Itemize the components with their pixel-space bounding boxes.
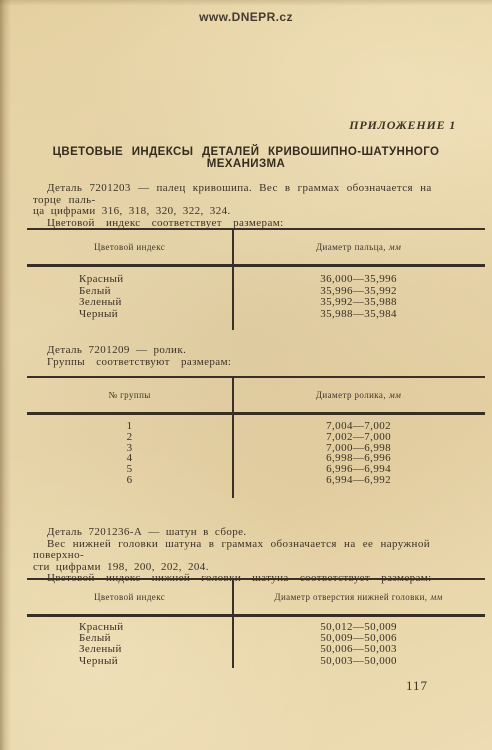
paragraph-line: Деталь 7201236-А — шатун в сборе. [33,527,465,539]
table-row: Черный 50,003—50,000 [27,656,485,667]
column-header-diameter: Диаметр ролика,мм [232,390,485,400]
column-header-unit: мм [389,242,401,252]
crank-pin-color-table: Цветовой индекс Диаметр пальца,мм Красны… [27,228,485,330]
color-name-cell: Красный [27,274,232,286]
table-column-divider [232,378,234,498]
table-body: Красный 36,000—35,996 Белый 35,996—35,99… [27,267,485,320]
paragraph-line: Деталь 7201203 — палец кривошипа. Вес в … [33,183,465,206]
column-header-color-index: Цветовой индекс [27,592,232,602]
paragraph-line: Деталь 7201209 — ролик. [33,345,465,357]
size-range-cell: 36,000—35,996 [232,274,485,286]
table-body: Красный 50,012—50,009 Белый 50,009—50,00… [27,617,485,667]
column-header-diameter: Диаметр отверстия нижней головки,мм [232,592,485,602]
group-number-cell: 6 [27,475,232,486]
table-column-divider [232,580,234,668]
table-row: Зеленый 50,006—50,003 [27,644,485,655]
table-row: 1 7,004—7,002 [27,421,485,432]
table-row: Черный 35,988—35,984 [27,309,485,321]
color-name-cell: Черный [27,309,232,321]
color-name-cell: Белый [27,286,232,298]
table-row: 3 7,000—6,998 [27,443,485,454]
column-header-unit: мм [389,390,401,400]
color-name-cell: Красный [27,622,232,633]
table-row: 5 6,996—6,994 [27,464,485,475]
scanned-manual-page: www.DNEPR.cz ПРИЛОЖЕНИЕ 1 ЦВЕТОВЫЕ ИНДЕК… [0,0,492,750]
table-header-row: Цветовой индекс Диаметр пальца,мм [27,230,485,267]
table-row: 6 6,994—6,992 [27,475,485,486]
page-title: ЦВЕТОВЫЕ ИНДЕКСЫ ДЕТАЛЕЙ КРИВОШИПНО-ШАТУ… [18,146,474,170]
color-name-cell: Черный [27,656,232,667]
column-header-label: Диаметр ролика, [316,390,386,400]
size-range-cell: 35,992—35,988 [232,297,485,309]
section-connecting-rod-paragraph: Деталь 7201236-А — шатун в сборе. Вес ни… [33,527,465,585]
page-top-shadow [0,0,492,6]
size-range-cell: 7,002—7,000 [232,432,485,443]
column-header-label: Диаметр пальца, [316,242,386,252]
rod-head-color-table: Цветовой индекс Диаметр отверстия нижней… [27,578,485,668]
column-header-diameter: Диаметр пальца,мм [232,242,485,252]
column-header-label: Диаметр отверстия нижней головки, [274,592,427,602]
color-name-cell: Зеленый [27,644,232,655]
table-body: 1 7,004—7,002 2 7,002—7,000 3 7,000—6,99… [27,415,485,486]
table-column-divider [232,230,234,330]
color-name-cell: Белый [27,633,232,644]
table-header-row: Цветовой индекс Диаметр отверстия нижней… [27,580,485,617]
size-range-cell: 35,988—35,984 [232,309,485,321]
watermark-text: www.DNEPR.cz [0,10,492,24]
table-row: 4 6,998—6,996 [27,453,485,464]
page-edge-shadow [0,0,11,750]
table-row: 2 7,002—7,000 [27,432,485,443]
page-number: 117 [406,678,428,694]
roller-group-table: № группы Диаметр ролика,мм 1 7,004—7,002… [27,376,485,498]
size-range-cell: 50,006—50,003 [232,644,485,655]
table-row: Красный 36,000—35,996 [27,274,485,286]
table-row: Зеленый 35,992—35,988 [27,297,485,309]
size-range-cell: 6,994—6,992 [232,475,485,486]
table-header-row: № группы Диаметр ролика,мм [27,378,485,415]
size-range-cell: 50,003—50,000 [232,656,485,667]
group-number-cell: 2 [27,432,232,443]
paragraph-line: Группы соответствуют размерам: [33,357,465,369]
column-header-unit: мм [430,592,442,602]
section-roller-paragraph: Деталь 7201209 — ролик. Группы соответст… [33,345,465,368]
column-header-group-number: № группы [27,390,232,400]
appendix-label: ПРИЛОЖЕНИЕ 1 [349,118,456,133]
section-crank-pin-paragraph: Деталь 7201203 — палец кривошипа. Вес в … [33,183,465,229]
color-name-cell: Зеленый [27,297,232,309]
paragraph-line: Вес нижней головки шатуна в граммах обоз… [33,539,465,562]
column-header-color-index: Цветовой индекс [27,242,232,252]
